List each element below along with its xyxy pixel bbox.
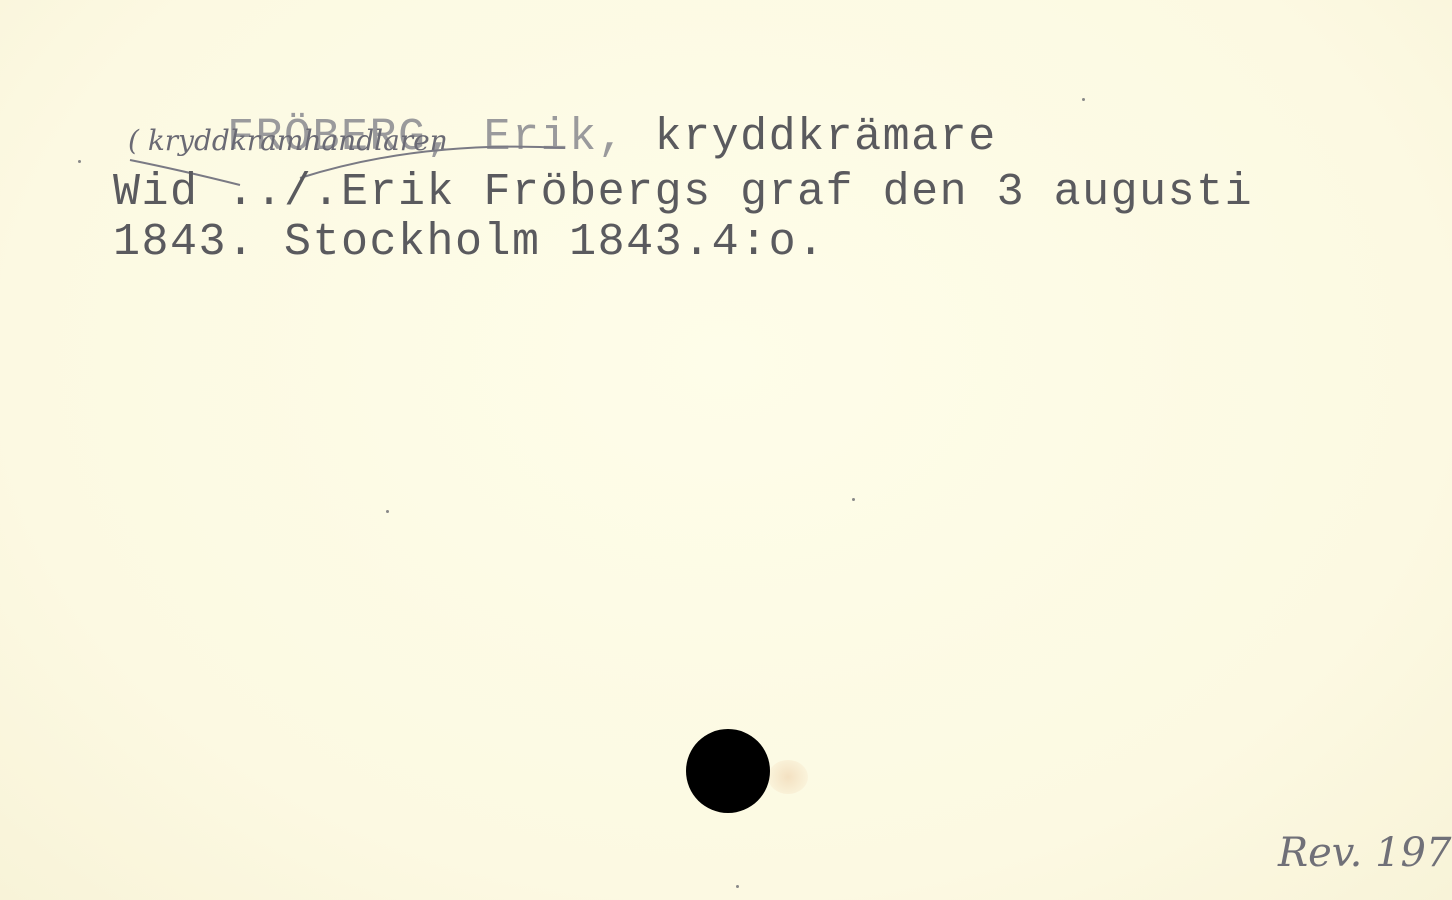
paper-speck — [386, 510, 389, 513]
heading-occupation: kryddkrämare — [655, 112, 997, 163]
paper-stain — [768, 760, 808, 794]
paper-speck — [852, 498, 855, 501]
paper-speck — [1082, 98, 1085, 101]
title-line-1: Wid ../.Erik Fröbergs graf den 3 augusti — [113, 170, 1253, 215]
catalog-card: FRÖBERG, Erik, kryddkrämare ( kryddkramh… — [0, 0, 1452, 900]
revision-note: Rev. 1970 — [1278, 830, 1452, 876]
punch-hole — [686, 729, 770, 813]
paper-speck — [736, 885, 739, 888]
paper-speck — [78, 160, 81, 163]
title-line-2: 1843. Stockholm 1843.4:o. — [113, 220, 826, 265]
